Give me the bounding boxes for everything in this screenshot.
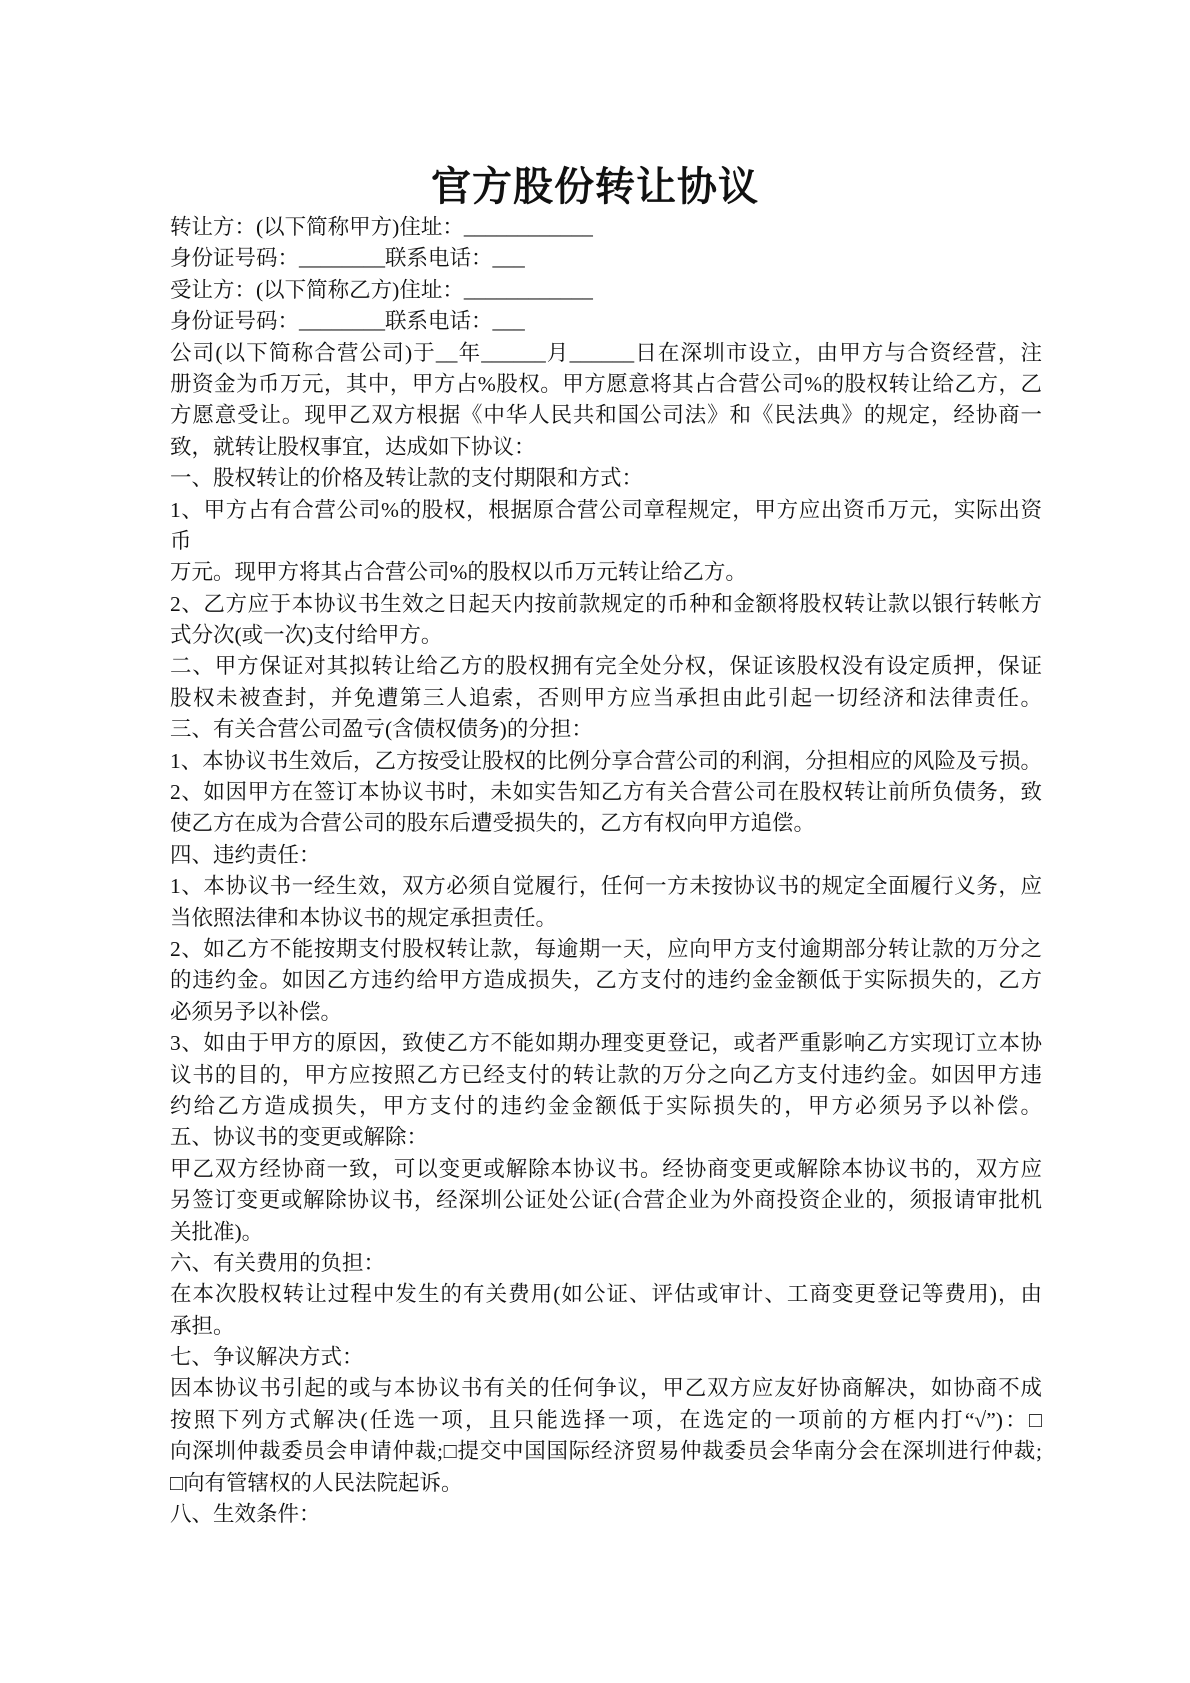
document-line: □向有管辖权的人民法院起诉。 bbox=[170, 1468, 1042, 1499]
document-line: 另签订变更或解除协议书，经深圳公证处公证(合营企业为外商投资企业的，须报请审批机 bbox=[170, 1185, 1042, 1216]
document-line: 1、甲方占有合营公司%的股权，根据原合营公司章程规定，甲方应出资币万元，实际出资 bbox=[170, 495, 1042, 526]
document-line: 六、有关费用的负担： bbox=[170, 1248, 1042, 1279]
document-body: 转让方：(以下简称甲方)住址：____________身份证号码：_______… bbox=[170, 212, 1042, 1530]
document-line: 的违约金。如因乙方违约给甲方造成损失，乙方支付的违约金金额低于实际损失的，乙方 bbox=[170, 965, 1042, 996]
document-line: 约给乙方造成损失，甲方支付的违约金金额低于实际损失的，甲方必须另予以补偿。 bbox=[170, 1091, 1042, 1122]
document-line: 1、本协议书生效后，乙方按受让股权的比例分享合营公司的利润，分担相应的风险及亏损… bbox=[170, 746, 1042, 777]
document-line: 向深圳仲裁委员会申请仲裁;□提交中国国际经济贸易仲裁委员会华南分会在深圳进行仲裁… bbox=[170, 1436, 1042, 1467]
document-page: 官方股份转让协议 转让方：(以下简称甲方)住址：____________身份证号… bbox=[0, 0, 1190, 1683]
document-line: 三、有关合营公司盈亏(含债权债务)的分担： bbox=[170, 714, 1042, 745]
document-line: 式分次(或一次)支付给甲方。 bbox=[170, 620, 1042, 651]
document-line: 因本协议书引起的或与本协议书有关的任何争议，甲乙双方应友好协商解决，如协商不成 bbox=[170, 1373, 1042, 1404]
document-line: 公司(以下简称合营公司)于__年______月______日在深圳市设立，由甲方… bbox=[170, 338, 1042, 369]
document-line: 在本次股权转让过程中发生的有关费用(如公证、评估或审计、工商变更登记等费用)，由 bbox=[170, 1279, 1042, 1310]
document-line: 3、如由于甲方的原因，致使乙方不能如期办理变更登记，或者严重影响乙方实现订立本协 bbox=[170, 1028, 1042, 1059]
document-line: 转让方：(以下简称甲方)住址：____________ bbox=[170, 212, 1042, 243]
document-line: 承担。 bbox=[170, 1311, 1042, 1342]
document-line: 一、股权转让的价格及转让款的支付期限和方式： bbox=[170, 463, 1042, 494]
document-line: 万元。现甲方将其占合营公司%的股权以币万元转让给乙方。 bbox=[170, 557, 1042, 588]
document-line: 二、甲方保证对其拟转让给乙方的股权拥有完全处分权，保证该股权没有设定质押，保证 bbox=[170, 651, 1042, 682]
document-line: 必须另予以补偿。 bbox=[170, 997, 1042, 1028]
document-line: 2、如乙方不能按期支付股权转让款，每逾期一天，应向甲方支付逾期部分转让款的万分之 bbox=[170, 934, 1042, 965]
document-line: 身份证号码：________联系电话：___ bbox=[170, 306, 1042, 337]
document-line: 受让方：(以下简称乙方)住址：____________ bbox=[170, 275, 1042, 306]
document-line: 关批准)。 bbox=[170, 1217, 1042, 1248]
document-line: 甲乙双方经协商一致，可以变更或解除本协议书。经协商变更或解除本协议书的，双方应 bbox=[170, 1154, 1042, 1185]
document-line: 四、违约责任： bbox=[170, 840, 1042, 871]
document-line: 使乙方在成为合营公司的股东后遭受损失的，乙方有权向甲方追偿。 bbox=[170, 808, 1042, 839]
document-line: 七、争议解决方式： bbox=[170, 1342, 1042, 1373]
document-line: 按照下列方式解决(任选一项，且只能选择一项，在选定的一项前的方框内打“√”)：□ bbox=[170, 1405, 1042, 1436]
document-line: 2、如因甲方在签订本协议书时，未如实告知乙方有关合营公司在股权转让前所负债务，致 bbox=[170, 777, 1042, 808]
document-line: 身份证号码：________联系电话：___ bbox=[170, 243, 1042, 274]
document-line: 股权未被查封，并免遭第三人追索，否则甲方应当承担由此引起一切经济和法律责任。 bbox=[170, 683, 1042, 714]
document-line: 议书的目的，甲方应按照乙方已经支付的转让款的万分之向乙方支付违约金。如因甲方违 bbox=[170, 1060, 1042, 1091]
document-line: 1、本协议书一经生效，双方必须自觉履行，任何一方未按协议书的规定全面履行义务，应 bbox=[170, 871, 1042, 902]
document-line: 当依照法律和本协议书的规定承担责任。 bbox=[170, 903, 1042, 934]
document-line: 册资金为币万元，其中，甲方占%股权。甲方愿意将其占合营公司%的股权转让给乙方，乙 bbox=[170, 369, 1042, 400]
document-line: 方愿意受让。现甲乙双方根据《中华人民共和国公司法》和《民法典》的规定，经协商一 bbox=[170, 400, 1042, 431]
document-line: 2、乙方应于本协议书生效之日起天内按前款规定的币种和金额将股权转让款以银行转帐方 bbox=[170, 589, 1042, 620]
document-title: 官方股份转让协议 bbox=[0, 0, 1190, 208]
document-line: 八、生效条件： bbox=[170, 1499, 1042, 1530]
document-line: 五、协议书的变更或解除： bbox=[170, 1122, 1042, 1153]
document-line: 币 bbox=[170, 526, 1042, 557]
document-line: 致，就转让股权事宜，达成如下协议： bbox=[170, 432, 1042, 463]
